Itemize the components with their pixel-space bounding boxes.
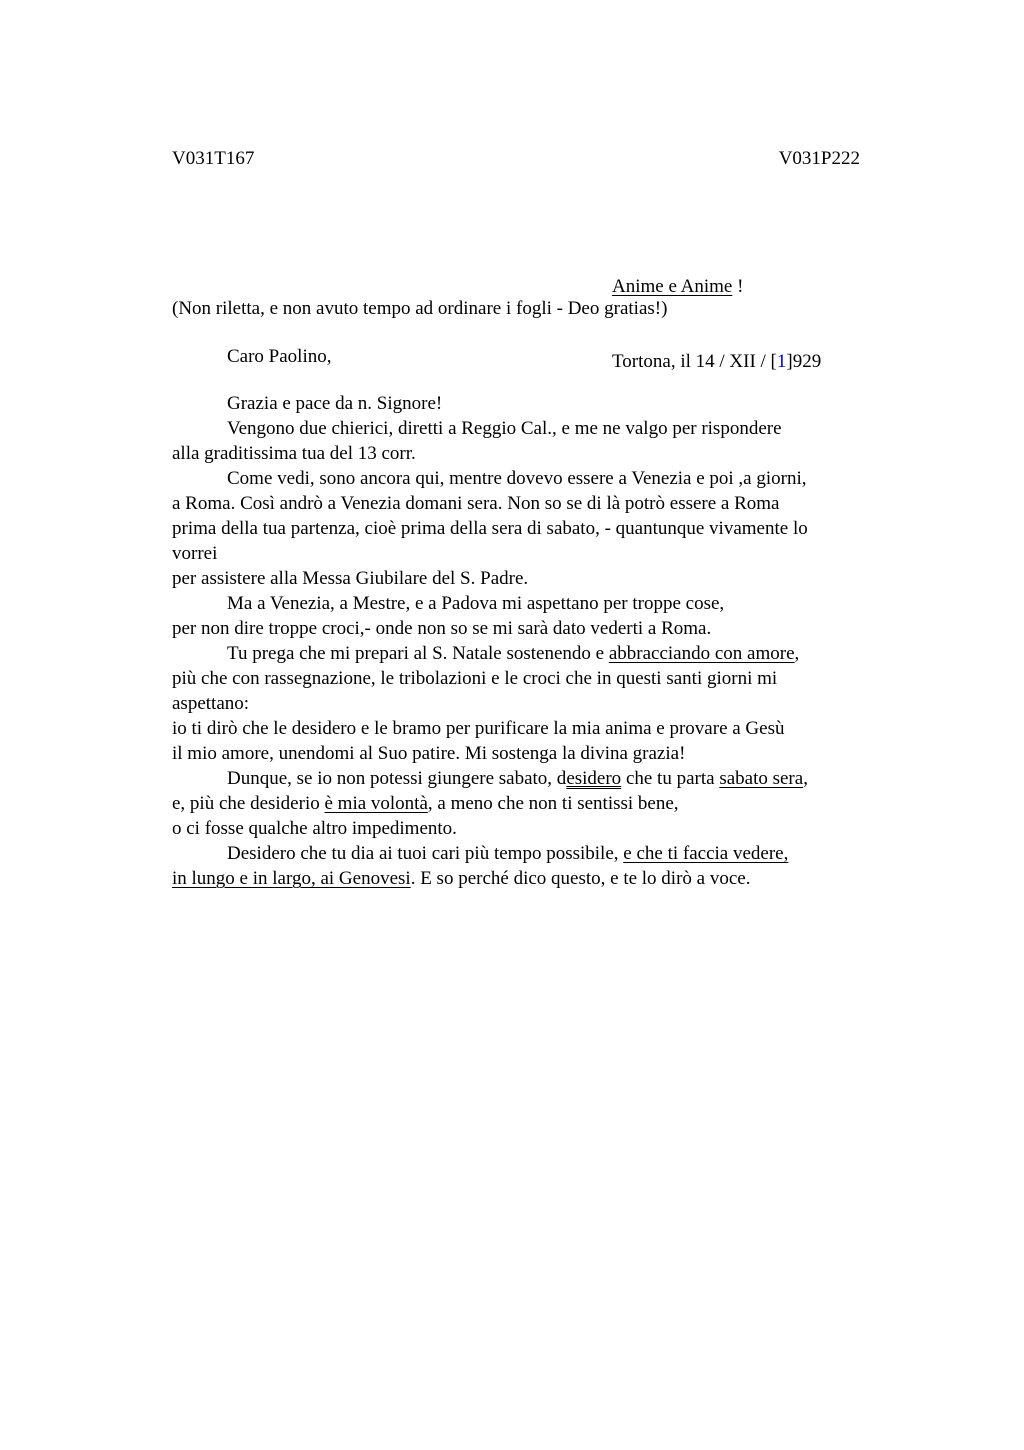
letter-line: più che con rassegnazione, le tribolazio…: [172, 666, 872, 691]
letter-line: prima della tua partenza, cioè prima del…: [172, 516, 872, 541]
underlined-text: abbracciando con amore: [609, 643, 795, 664]
letter-line: per assistere alla Messa Giubilare del S…: [172, 566, 872, 591]
letter-line: e, più che desiderio è mia volontà, a me…: [172, 791, 872, 816]
text-segment: , a meno che non ti sentissi bene,: [428, 793, 679, 814]
letter-title: Anime e Anime: [612, 276, 732, 297]
underlined-text: in lungo e in largo, ai Genovesi: [172, 868, 411, 889]
letter-line: Vengono due chierici, diretti a Reggio C…: [172, 416, 872, 441]
letter-line: o ci fosse qualche altro impedimento.: [172, 816, 872, 841]
doc-id-right: V031P222: [779, 146, 860, 171]
header-row: V031T167 V031P222: [172, 146, 860, 171]
letter-line: in lungo e in largo, ai Genovesi. E so p…: [172, 866, 872, 891]
letter-date-line: Tortona, il 14 / XII / [1]929: [612, 349, 821, 374]
text-segment: più che con rassegnazione, le tribolazio…: [172, 668, 777, 689]
letter-line: alla graditissima tua del 13 corr.: [172, 441, 872, 466]
text-segment: a Roma. Così andrò a Venezia domani sera…: [172, 493, 780, 514]
text-segment: vorrei: [172, 543, 217, 564]
letter-page: V031T167 V031P222 Anime e Anime ! Torton…: [0, 0, 1024, 1450]
letter-line: a Roma. Così andrò a Venezia domani sera…: [172, 491, 872, 516]
letter-line: Desidero che tu dia ai tuoi cari più tem…: [172, 841, 872, 866]
text-segment: per assistere alla Messa Giubilare del S…: [172, 568, 528, 589]
letter-title-suffix: !: [732, 276, 743, 297]
text-segment: Dunque, se io non potessi giungere sabat…: [227, 768, 566, 789]
text-segment: per non dire troppe croci,- onde non so …: [172, 618, 711, 639]
text-segment: ,: [795, 643, 800, 664]
text-segment: Come vedi, sono ancora qui, mentre dovev…: [227, 468, 807, 489]
letter-line: io ti dirò che le desidero e le bramo pe…: [172, 716, 872, 741]
letter-line: aspettano:: [172, 691, 872, 716]
text-segment: io ti dirò che le desidero e le bramo pe…: [172, 718, 784, 739]
text-segment: Desidero che tu dia ai tuoi cari più tem…: [227, 843, 623, 864]
text-segment: il mio amore, unendomi al Suo patire. Mi…: [172, 743, 685, 764]
date-prefix: Tortona, il 14 / XII / [: [612, 351, 777, 372]
text-segment: o ci fosse qualche altro impedimento.: [172, 818, 457, 839]
text-segment: . E so perché dico questo, e te lo dirò …: [411, 868, 751, 889]
text-segment: Vengono due chierici, diretti a Reggio C…: [227, 418, 782, 439]
doc-id-left: V031T167: [172, 146, 254, 171]
text-segment: alla graditissima tua del 13 corr.: [172, 443, 416, 464]
letter-line: Ma a Venezia, a Mestre, e a Padova mi as…: [172, 591, 872, 616]
text-segment: Tu prega che mi prepari al S. Natale sos…: [227, 643, 609, 664]
letter-line: per non dire troppe croci,- onde non so …: [172, 616, 872, 641]
underlined-text: esidero: [566, 768, 621, 789]
underlined-text: è mia volontà: [324, 793, 427, 814]
salutation: Caro Paolino,: [227, 344, 332, 369]
letter-line: Tu prega che mi prepari al S. Natale sos…: [172, 641, 872, 666]
text-segment: che tu parta: [621, 768, 719, 789]
underlined-text: sabato sera: [719, 768, 803, 789]
letter-line: Grazia e pace da n. Signore!: [172, 391, 872, 416]
letter-line: il mio amore, unendomi al Suo patire. Mi…: [172, 741, 872, 766]
text-segment: aspettano:: [172, 693, 249, 714]
letter-line: Come vedi, sono ancora qui, mentre dovev…: [172, 466, 872, 491]
text-segment: Grazia e pace da n. Signore!: [227, 393, 442, 414]
note-line: (Non riletta, e non avuto tempo ad ordin…: [172, 296, 667, 321]
letter-line: Dunque, se io non potessi giungere sabat…: [172, 766, 872, 791]
date-reference-link[interactable]: 1: [777, 351, 787, 372]
text-segment: Ma a Venezia, a Mestre, e a Padova mi as…: [227, 593, 724, 614]
date-suffix: ]929: [786, 351, 821, 372]
text-segment: prima della tua partenza, cioè prima del…: [172, 518, 808, 539]
text-segment: e, più che desiderio: [172, 793, 324, 814]
letter-line: vorrei: [172, 541, 872, 566]
underlined-text: e che ti faccia vedere,: [623, 843, 788, 864]
letter-body: Grazia e pace da n. Signore!Vengono due …: [172, 391, 872, 891]
text-segment: ,: [803, 768, 808, 789]
